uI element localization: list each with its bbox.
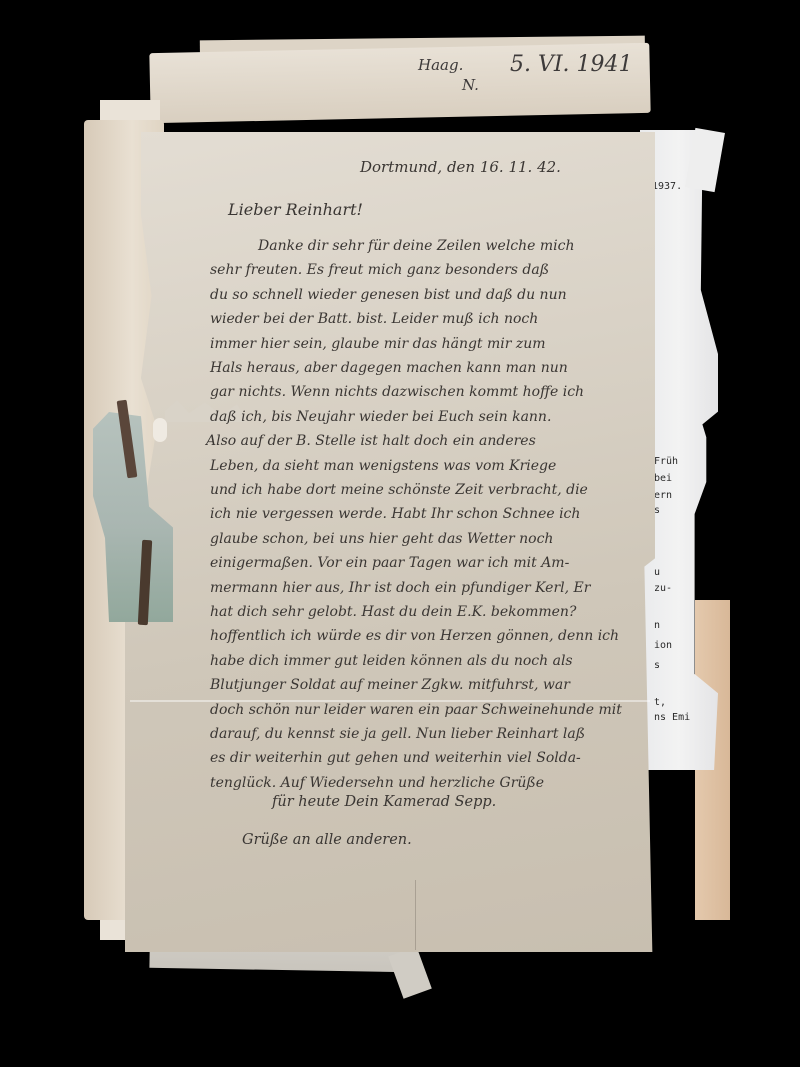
letter-line: doch schön nur leider waren ein paar Sch…: [210, 702, 622, 718]
back-note-initial: N.: [462, 76, 479, 94]
typed-fragment: t,: [654, 697, 666, 708]
letter-salutation: Lieber Reinhart!: [228, 200, 363, 219]
letter-line: gar nichts. Wenn nichts dazwischen kommt…: [210, 384, 584, 400]
letter-line: tenglück. Auf Wiedersehn und herzliche G…: [210, 775, 544, 791]
typed-fragment: u: [654, 567, 660, 578]
letter-line: glaube schon, bei uns hier geht das Wett…: [210, 531, 553, 547]
letter-line: ich nie vergessen werde. Habt Ihr schon …: [210, 506, 580, 522]
letter-tear-line: [415, 880, 416, 950]
typed-fragment: bei: [654, 473, 672, 484]
typed-fragment: Früh: [654, 456, 678, 467]
letter-closing: für heute Dein Kamerad Sepp.: [272, 794, 496, 810]
letter-line: Also auf der B. Stelle ist halt doch ein…: [206, 433, 536, 449]
letter-line: und ich habe dort meine schönste Zeit ve…: [210, 482, 588, 498]
letter-line: wieder bei der Batt. bist. Leider muß ic…: [210, 311, 538, 327]
letter-line: hat dich sehr gelobt. Hast du dein E.K. …: [210, 604, 576, 620]
letter-line: einigermaßen. Vor ein paar Tagen war ich…: [210, 555, 569, 571]
letter-line: Blutjunger Soldat auf meiner Zgkw. mitfu…: [210, 677, 570, 693]
typed-fragment: zu-: [654, 583, 672, 594]
letter-line: immer hier sein, glaube mir das hängt mi…: [210, 336, 546, 352]
letter-line: es dir weiterhin gut gehen und weiterhin…: [210, 750, 581, 766]
letter-postscript: Grüße an alle anderen.: [242, 832, 412, 848]
punched-hole: [153, 418, 167, 442]
typed-fragment: ion: [654, 640, 672, 651]
back-note-place: Haag.: [418, 56, 463, 74]
typed-fragment: ns Emi: [654, 712, 690, 723]
letter-line: habe dich immer gut leiden können als du…: [210, 653, 573, 669]
typed-fragment: ern: [654, 490, 672, 501]
letter-line: mermann hier aus, Ihr ist doch ein pfund…: [210, 580, 590, 596]
typed-year: 1937.: [652, 181, 682, 192]
letter-line: Hals heraus, aber dagegen machen kann ma…: [210, 360, 568, 376]
bottom-torn-fragment: [388, 946, 432, 999]
letter-date: Dortmund, den 16. 11. 42.: [360, 158, 561, 176]
letter-line: Danke dir sehr für deine Zeilen welche m…: [258, 238, 575, 254]
letter-line: Leben, da sieht man wenigstens was vom K…: [210, 458, 556, 474]
letter-line: darauf, du kennst sie ja gell. Nun liebe…: [210, 726, 585, 742]
letter-line: du so schnell wieder genesen bist und da…: [210, 287, 567, 303]
letter-line: daß ich, bis Neujahr wieder bei Euch sei…: [210, 409, 551, 425]
back-note-date: 5. VI. 1941: [510, 52, 633, 77]
typed-fragment: n: [654, 620, 660, 631]
typed-fragment: s: [654, 660, 660, 671]
letter-line: sehr freuten. Es freut mich ganz besonde…: [210, 262, 549, 278]
letter-line: hoffentlich ich würde es dir von Herzen …: [210, 628, 619, 644]
